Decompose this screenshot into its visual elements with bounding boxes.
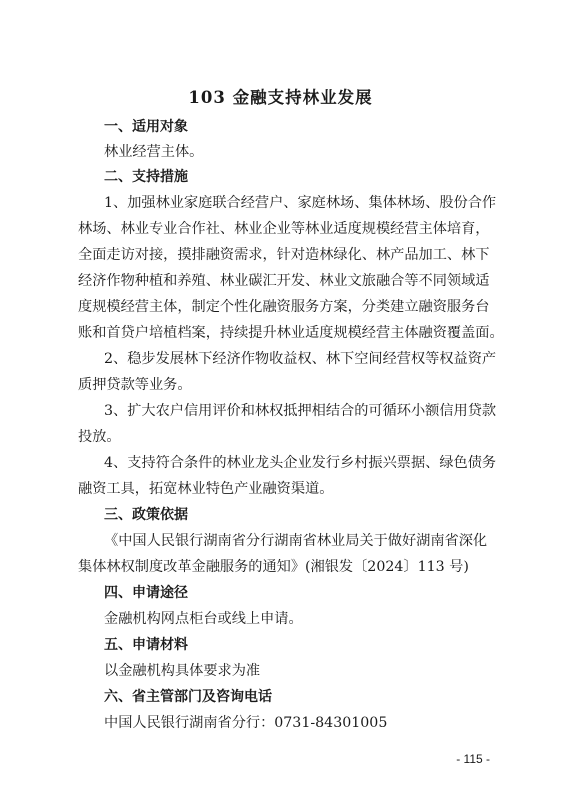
paragraph-line: 融资工具，拓宽林业特色产业融资渠道。: [78, 479, 488, 499]
document-title: 103 金融支持林业发展: [0, 84, 561, 108]
section-heading-department-contact: 六、省主管部门及咨询电话: [104, 687, 514, 707]
paragraph-line: 3、扩大农户信用评价和林权抵押相结合的可循环小额信用贷款: [104, 401, 514, 421]
paragraph-line: 金融机构网点柜台或线上申请。: [104, 609, 514, 629]
paragraph-line: 以金融机构具体要求为准: [104, 661, 514, 681]
section-heading-application-channel: 四、申请途径: [104, 583, 514, 603]
paragraph-line: 2、稳步发展林下经济作物收益权、林下空间经营权等权益资产: [104, 349, 514, 369]
paragraph-line: 投放。: [78, 427, 488, 447]
page-number: - 115 -: [440, 752, 490, 766]
paragraph-line: 全面走访对接，摸排融资需求，针对造林绿化、林产品加工、林下: [78, 245, 488, 265]
paragraph-line: 集体林权制度改革金融服务的通知》(湘银发〔2024〕113 号): [78, 557, 488, 577]
paragraph-line: 林场、林业专业合作社、林业企业等林业适度规模经营主体培育，: [78, 219, 488, 239]
contact-line: 中国人民银行湖南省分行：0731-84301005: [104, 713, 514, 733]
paragraph-line: 经济作物种植和养殖、林业碳汇开发、林业文旅融合等不同领域适: [78, 271, 488, 291]
section-heading-applicable-objects: 一、适用对象: [104, 117, 514, 137]
document-page: 103 金融支持林业发展 一、适用对象 林业经营主体。 二、支持措施 1、加强林…: [0, 0, 561, 793]
paragraph-line: 4、支持符合条件的林业龙头企业发行乡村振兴票据、绿色债务: [104, 453, 514, 473]
section-heading-policy-basis: 三、政策依据: [104, 505, 514, 525]
paragraph-line: 度规模经营主体，制定个性化融资服务方案，分类建立融资服务台: [78, 297, 488, 317]
paragraph-line: 1、加强林业家庭联合经营户、家庭林场、集体林场、股份合作: [104, 193, 488, 213]
paragraph-line: 账和首贷户培植档案，持续提升林业适度规模经营主体融资覆盖面。: [78, 323, 488, 343]
paragraph-line: 林业经营主体。: [104, 142, 514, 162]
paragraph-line: 《中国人民银行湖南省分行湖南省林业局关于做好湖南省深化: [104, 531, 514, 551]
paragraph-line: 质押贷款等业务。: [78, 375, 488, 395]
section-heading-application-materials: 五、申请材料: [104, 635, 514, 655]
section-heading-support-measures: 二、支持措施: [104, 167, 514, 187]
